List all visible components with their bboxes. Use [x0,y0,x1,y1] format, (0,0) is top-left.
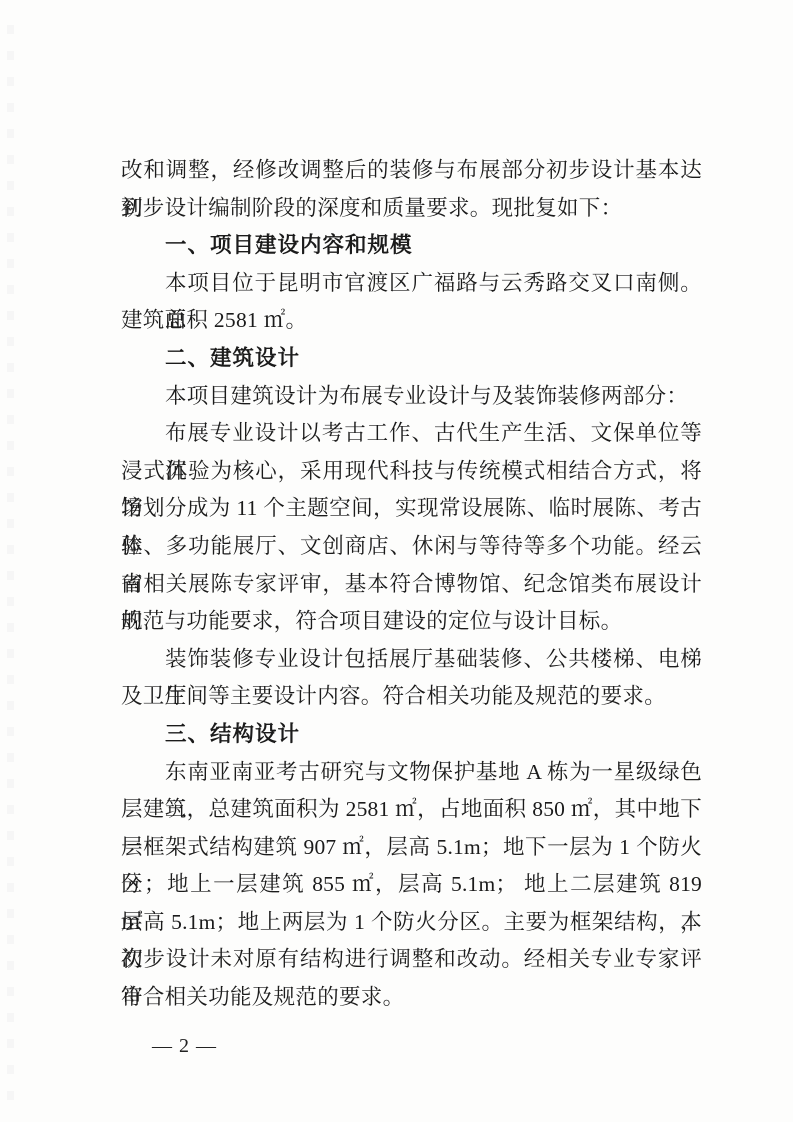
text-line: 符合相关功能及规范的要求。 [121,979,702,1017]
text-line: 及卫生间等主要设计内容。符合相关功能及规范的要求。 [121,678,702,716]
text-line: 初步设计未对原有结构进行调整和改动。经相关专业专家评审 [121,941,702,979]
section-heading: 一、项目建设内容和规模 [121,227,702,265]
section-heading: 二、建筑设计 [121,340,702,378]
text-line: 馆划分成为 11 个主题空间，实现常设展陈、临时展陈、考古体 [121,490,702,528]
text-line: 本项目建筑设计为布展专业设计与及装饰装修两部分： [121,378,702,416]
document-page: 改和调整，经修改调整后的装修与布展部分初步设计基本达到初步设计编制阶段的深度和质… [0,0,793,1122]
section-heading: 三、结构设计 [121,716,702,754]
text-line: 初步设计编制阶段的深度和质量要求。现批复如下： [121,190,702,228]
text-line: 层框架式结构建筑 907 ㎡，层高 5.1m；地下一层为 1 个防火分 [121,829,702,867]
text-line: 规范与功能要求，符合项目建设的定位与设计目标。 [121,603,702,641]
text-line: 层高 5.1m；地上两层为 1 个防火分区。主要为框架结构，本次 [121,904,702,942]
text-line: 改和调整，经修改调整后的装修与布展部分初步设计基本达到 [121,152,702,190]
text-line: 本项目位于昆明市官渡区广福路与云秀路交叉口南侧。总 [121,265,702,303]
text-line: 东南亚南亚考古研究与文物保护基地 A 栋为一星级绿色三 [121,754,702,792]
text-line: 层建筑，总建筑面积为 2581 ㎡，占地面积 850 ㎡，其中地下一 [121,791,702,829]
text-line: 区；地上一层建筑 855 ㎡，层高 5.1m； 地上二层建筑 819 ㎡， [121,866,702,904]
document-body: 改和调整，经修改调整后的装修与布展部分初步设计基本达到初步设计编制阶段的深度和质… [121,152,702,1017]
text-line: 省相关展陈专家评审，基本符合博物馆、纪念馆类布展设计的 [121,566,702,604]
page-number: — 2 — [152,1035,217,1058]
text-line: 建筑面积 2581 ㎡。 [121,302,702,340]
text-line: 验、多功能展厅、文创商店、休闲与等待等多个功能。经云南 [121,528,702,566]
text-line: 浸式体验为核心，采用现代科技与传统模式相结合方式，将场 [121,453,702,491]
scan-artifact-strip [7,25,14,1105]
text-line: 布展专业设计以考古工作、古代生产生活、文保单位等沉 [121,415,702,453]
text-line: 装饰装修专业设计包括展厅基础装修、公共楼梯、电梯厅 [121,641,702,679]
